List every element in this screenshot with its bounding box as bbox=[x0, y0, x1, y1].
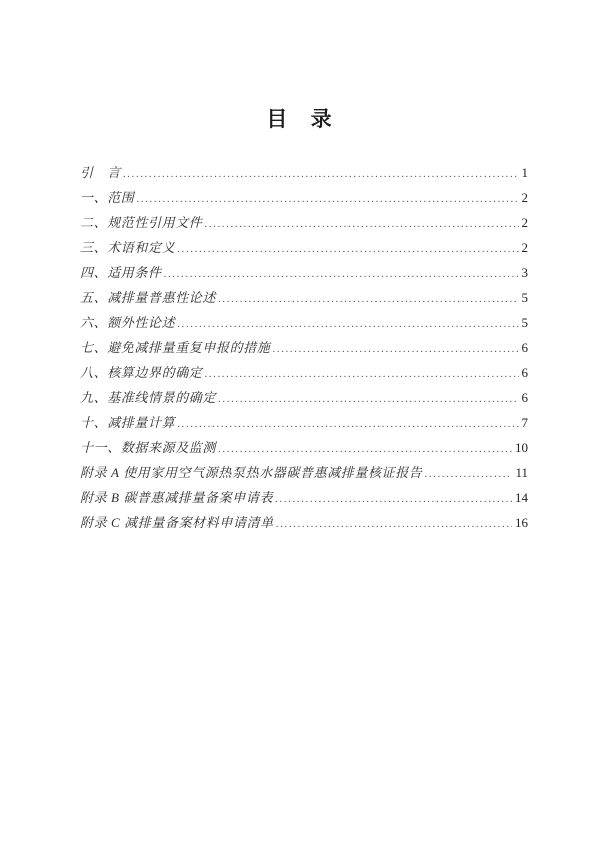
toc-entry: 附录 A 使用家用空气源热泵热水器碳普惠减排量核证报告 11 bbox=[80, 460, 528, 485]
toc-entry-page-number: 6 bbox=[522, 360, 529, 385]
dot-leader bbox=[276, 512, 512, 537]
toc-entry: 十一、数据来源及监测 10 bbox=[80, 435, 528, 460]
toc-entry-label: 一、范围 bbox=[80, 185, 134, 210]
document-page: 目 录 引 言 1 一、范围 2 二、规范性引用文件 2 三、术语和定义 2 四… bbox=[0, 0, 600, 848]
toc-entry: 引 言 1 bbox=[80, 160, 528, 185]
toc-entry-label: 三、术语和定义 bbox=[80, 235, 175, 260]
toc-entry-label: 附录 C 减排量备案材料申请清单 bbox=[80, 510, 274, 535]
toc-entry-page-number: 7 bbox=[522, 410, 529, 435]
dot-leader bbox=[424, 462, 512, 487]
dot-leader bbox=[136, 187, 518, 212]
toc-entry-label: 二、规范性引用文件 bbox=[80, 210, 202, 235]
toc-entry-page-number: 11 bbox=[515, 460, 528, 485]
dot-leader bbox=[275, 487, 512, 512]
toc-entry: 四、适用条件 3 bbox=[80, 260, 528, 285]
toc-entry-label: 附录 B 碳普惠减排量备案申请表 bbox=[80, 485, 273, 510]
dot-leader bbox=[164, 262, 519, 287]
toc-entry-page-number: 1 bbox=[522, 160, 529, 185]
dot-leader bbox=[272, 337, 518, 362]
toc-list: 引 言 1 一、范围 2 二、规范性引用文件 2 三、术语和定义 2 四、适用条… bbox=[80, 160, 528, 535]
toc-entry: 八、核算边界的确定 6 bbox=[80, 360, 528, 385]
toc-entry-label: 五、减排量普惠性论述 bbox=[80, 285, 216, 310]
toc-entry-label: 十、减排量计算 bbox=[80, 410, 175, 435]
toc-entry-page-number: 2 bbox=[522, 185, 529, 210]
toc-entry-label: 八、核算边界的确定 bbox=[80, 360, 202, 385]
toc-entry-label: 十一、数据来源及监测 bbox=[80, 435, 216, 460]
toc-entry: 附录 C 减排量备案材料申请清单 16 bbox=[80, 510, 528, 535]
toc-entry: 三、术语和定义 2 bbox=[80, 235, 528, 260]
toc-entry-label: 六、额外性论述 bbox=[80, 310, 175, 335]
dot-leader bbox=[177, 312, 518, 337]
toc-entry: 二、规范性引用文件 2 bbox=[80, 210, 528, 235]
toc-entry-label: 引 言 bbox=[80, 160, 121, 185]
toc-entry-page-number: 5 bbox=[522, 285, 529, 310]
toc-title: 目 录 bbox=[0, 103, 600, 133]
toc-entry-label: 七、避免减排量重复申报的措施 bbox=[80, 335, 270, 360]
dot-leader bbox=[177, 237, 518, 262]
dot-leader bbox=[218, 387, 518, 412]
toc-entry-page-number: 3 bbox=[522, 260, 529, 285]
toc-entry: 六、额外性论述 5 bbox=[80, 310, 528, 335]
toc-entry-page-number: 6 bbox=[522, 335, 529, 360]
toc-entry-page-number: 2 bbox=[522, 235, 529, 260]
dot-leader bbox=[218, 437, 512, 462]
dot-leader bbox=[177, 412, 518, 437]
toc-entry: 五、减排量普惠性论述 5 bbox=[80, 285, 528, 310]
toc-entry: 九、基准线情景的确定 6 bbox=[80, 385, 528, 410]
dot-leader bbox=[204, 212, 518, 237]
dot-leader bbox=[123, 162, 519, 187]
toc-entry: 附录 B 碳普惠减排量备案申请表 14 bbox=[80, 485, 528, 510]
toc-entry-page-number: 5 bbox=[522, 310, 529, 335]
toc-entry-page-number: 2 bbox=[522, 210, 529, 235]
toc-entry: 一、范围 2 bbox=[80, 185, 528, 210]
toc-entry-label: 九、基准线情景的确定 bbox=[80, 385, 216, 410]
toc-entry-label: 附录 A 使用家用空气源热泵热水器碳普惠减排量核证报告 bbox=[80, 460, 422, 485]
toc-entry-page-number: 10 bbox=[515, 435, 528, 460]
toc-entry-page-number: 6 bbox=[522, 385, 529, 410]
dot-leader bbox=[218, 287, 518, 312]
toc-entry-page-number: 16 bbox=[515, 510, 528, 535]
dot-leader bbox=[204, 362, 518, 387]
toc-entry: 七、避免减排量重复申报的措施 6 bbox=[80, 335, 528, 360]
toc-entry-page-number: 14 bbox=[515, 485, 528, 510]
toc-entry: 十、减排量计算 7 bbox=[80, 410, 528, 435]
toc-entry-label: 四、适用条件 bbox=[80, 260, 162, 285]
